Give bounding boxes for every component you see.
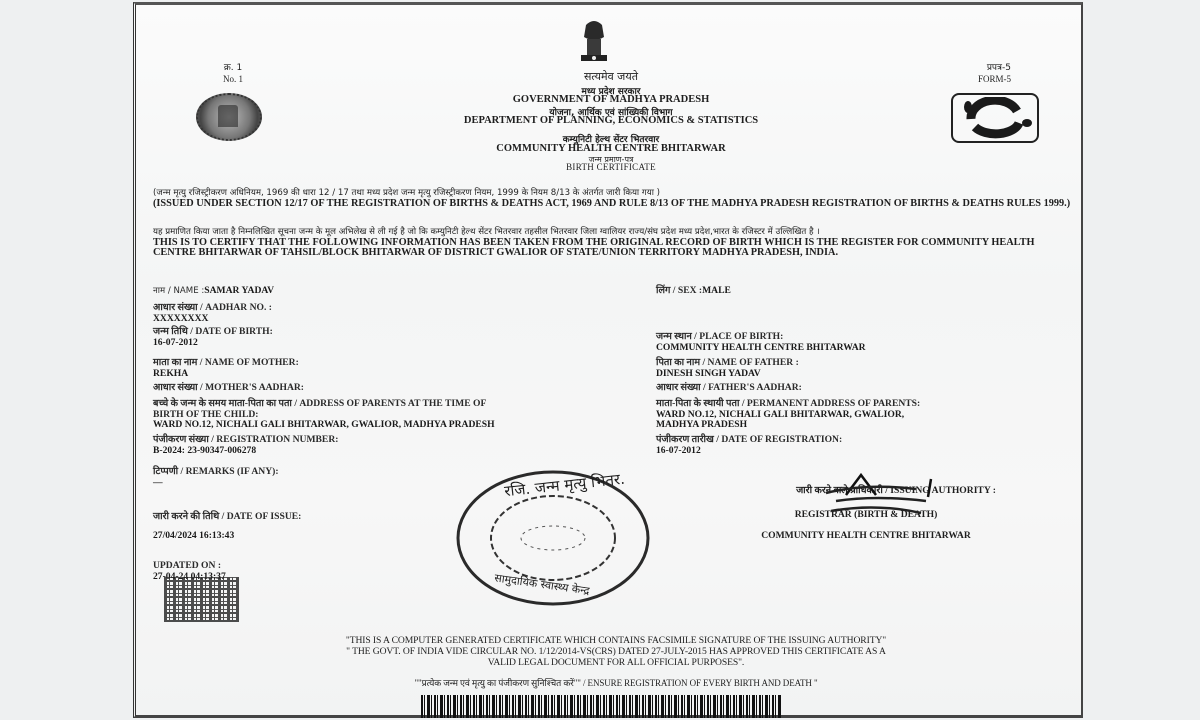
field-label: जारी करने की तिथि / DATE OF ISSUE: bbox=[153, 512, 301, 523]
field-remarks: टिप्पणी / REMARKS (IF ANY): — bbox=[153, 467, 279, 488]
disclaimer-line: VALID LEGAL DOCUMENT FOR ALL OFFICIAL PU… bbox=[196, 657, 1036, 668]
field-registration-date: पंजीकरण तारीख / DATE OF REGISTRATION: 16… bbox=[656, 435, 842, 456]
field-label: UPDATED ON : bbox=[153, 561, 226, 572]
field-label: जन्म स्थान / PLACE OF BIRTH: bbox=[656, 332, 866, 343]
serial-english: No. 1 bbox=[213, 74, 253, 85]
registration-number: B-2024: 23-90347-006278 bbox=[153, 446, 338, 457]
ashoka-emblem-icon bbox=[576, 17, 612, 65]
registrar-office: COMMUNITY HEALTH CENTRE BHITARWAR bbox=[706, 530, 1026, 541]
field-mother-name: माता का नाम / NAME OF MOTHER: REKHA bbox=[153, 358, 299, 379]
issued-under-english: (ISSUED UNDER SECTION 12/17 OF THE REGIS… bbox=[153, 199, 1073, 210]
registration-date: 16-07-2012 bbox=[656, 446, 842, 457]
national-motto: सत्यमेव जयते bbox=[356, 69, 866, 84]
field-label: आधार संख्या / FATHER'S AADHAR: bbox=[656, 383, 802, 394]
child-name: SAMAR YADAV bbox=[204, 285, 274, 296]
aadhar-number: XXXXXXXX bbox=[153, 314, 272, 325]
signature-icon bbox=[806, 471, 956, 521]
disclaimer: "THIS IS A COMPUTER GENERATED CERTIFICAT… bbox=[196, 635, 1036, 668]
field-aadhar: आधार संख्या / AADHAR NO. : XXXXXXXX bbox=[153, 303, 272, 324]
department-name: DEPARTMENT OF PLANNING, ECONOMICS & STAT… bbox=[356, 115, 866, 126]
field-sex: लिंग / SEX :MALE bbox=[656, 286, 731, 297]
qr-code bbox=[164, 577, 239, 622]
madhya-pradesh-seal-icon bbox=[196, 93, 262, 141]
issuing-authority-block: जारी करने वाले प्राधिकारी / ISSUING AUTH… bbox=[706, 483, 1026, 541]
issued-under-hindi: (जन्म मृत्यु रजिस्ट्रीकरण अधिनियम, 1969 … bbox=[153, 188, 1073, 199]
field-label: पंजीकरण तारीख / DATE OF REGISTRATION: bbox=[656, 435, 842, 446]
birth-certificate-page: क्र. 1 No. 1 प्रपत्र-5 FORM-5 सत्यमेव जय… bbox=[133, 2, 1083, 718]
father-name: DINESH SINGH YADAV bbox=[656, 369, 799, 380]
date-of-issue: 27/04/2024 16:13:43 bbox=[153, 531, 301, 542]
centre-name: COMMUNITY HEALTH CENTRE BHITARWAR bbox=[356, 143, 866, 154]
field-address-at-birth: बच्चे के जन्म के समय माता-पिता का पता / … bbox=[153, 399, 495, 431]
field-label: आधार संख्या / MOTHER'S AADHAR: bbox=[153, 383, 304, 394]
mother-name: REKHA bbox=[153, 369, 299, 380]
certification-clause: यह प्रमाणित किया जाता है निम्नलिखित सूचन… bbox=[153, 227, 1073, 259]
field-name: नाम / NAME :SAMAR YADAV bbox=[153, 286, 274, 297]
remarks: — bbox=[153, 478, 279, 489]
field-label: नाम / NAME : bbox=[153, 286, 204, 296]
sex: MALE bbox=[702, 285, 731, 296]
certify-english: THIS IS TO CERTIFY THAT THE FOLLOWING IN… bbox=[153, 238, 1073, 259]
field-father-aadhar: आधार संख्या / FATHER'S AADHAR: bbox=[656, 383, 802, 394]
field-label: बच्चे के जन्म के समय माता-पिता का पता / … bbox=[153, 399, 495, 410]
form-english: FORM-5 bbox=[978, 74, 1011, 85]
barcode bbox=[421, 695, 781, 718]
field-label: पिता का नाम / NAME OF FATHER : bbox=[656, 358, 799, 369]
disclaimer-line: "THIS IS A COMPUTER GENERATED CERTIFICAT… bbox=[196, 635, 1036, 646]
form-number: प्रपत्र-5 FORM-5 bbox=[978, 63, 1011, 85]
field-label: टिप्पणी / REMARKS (IF ANY): bbox=[153, 467, 279, 478]
govt-name: GOVERNMENT OF MADHYA PRADESH bbox=[356, 94, 866, 105]
registration-slogan: ""प्रत्येक जन्म एवं मृत्यु का पंजीकरण सु… bbox=[196, 678, 1036, 689]
field-place-of-birth: जन्म स्थान / PLACE OF BIRTH: COMMUNITY H… bbox=[656, 332, 866, 353]
official-stamp: रजि. जन्म मृत्यु भितर. सामुदायिक स्वास्थ… bbox=[454, 467, 652, 609]
field-date-of-birth: जन्म तिथि / DATE OF BIRTH: 16-07-2012 bbox=[153, 327, 273, 348]
field-label: माता का नाम / NAME OF MOTHER: bbox=[153, 358, 299, 369]
form-hindi: प्रपत्र-5 bbox=[978, 63, 1011, 74]
date-of-birth: 16-07-2012 bbox=[153, 338, 273, 349]
certify-hindi: यह प्रमाणित किया जाता है निम्नलिखित सूचन… bbox=[153, 227, 1073, 238]
address-at-birth: WARD NO.12, NICHALI GALI BHITARWAR, GWAL… bbox=[153, 420, 495, 431]
field-label: माता-पिता के स्थायी पता / PERMANENT ADDR… bbox=[656, 399, 920, 410]
serial-number: क्र. 1 No. 1 bbox=[213, 63, 253, 85]
field-registration-number: पंजीकरण संख्या / REGISTRATION NUMBER: B-… bbox=[153, 435, 338, 456]
permanent-address: MADHYA PRADESH bbox=[656, 420, 920, 431]
place-of-birth: COMMUNITY HEALTH CENTRE BHITARWAR bbox=[656, 343, 866, 354]
crs-logo-icon bbox=[951, 93, 1039, 143]
field-permanent-address: माता-पिता के स्थायी पता / PERMANENT ADDR… bbox=[656, 399, 920, 431]
field-date-of-issue: जारी करने की तिथि / DATE OF ISSUE: 27/04… bbox=[153, 512, 301, 541]
field-label: पंजीकरण संख्या / REGISTRATION NUMBER: bbox=[153, 435, 338, 446]
issued-under-clause: (जन्म मृत्यु रजिस्ट्रीकरण अधिनियम, 1969 … bbox=[153, 188, 1073, 209]
field-label: जन्म तिथि / DATE OF BIRTH: bbox=[153, 327, 273, 338]
field-label: आधार संख्या / AADHAR NO. : bbox=[153, 303, 272, 314]
serial-hindi: क्र. 1 bbox=[213, 63, 253, 74]
field-father-name: पिता का नाम / NAME OF FATHER : DINESH SI… bbox=[656, 358, 799, 379]
certificate-title: BIRTH CERTIFICATE bbox=[356, 162, 866, 172]
disclaimer-line: " THE GOVT. OF INDIA VIDE CIRCULAR NO. 1… bbox=[196, 646, 1036, 657]
field-mother-aadhar: आधार संख्या / MOTHER'S AADHAR: bbox=[153, 383, 304, 394]
field-label: लिंग / SEX : bbox=[656, 285, 702, 296]
